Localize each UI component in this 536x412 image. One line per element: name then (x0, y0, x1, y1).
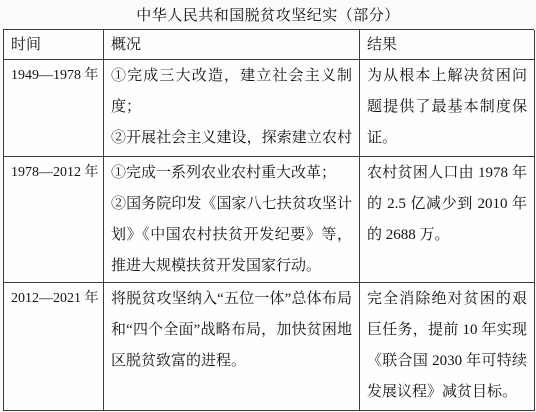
overview-item: ②国务院印发《国家八七扶贫攻坚计划》《中国农村扶贫开发纪要》等，推进大规模扶贫开… (111, 189, 352, 282)
document-page: 中华人民共和国脱贫攻坚纪实（部分） 时间 概况 结果 1949—1978 年 ①… (0, 0, 536, 412)
overview-item: ①完成一系列农业农村重大改革； (111, 158, 352, 189)
overview-item: ①完成三大改造，建立社会主义制度； (111, 61, 352, 123)
poverty-alleviation-table: 时间 概况 结果 1949—1978 年 ①完成三大改造，建立社会主义制度； ②… (3, 29, 534, 411)
time-cell: 1978—2012 年 (4, 157, 104, 283)
result-text: 农村贫困人口由 1978 年的 2.5 亿减少到 2010 年的 2688 万。 (367, 158, 527, 251)
overview-item: 将脱贫攻坚纳入“五位一体”总体布局和“四个全面”战略布局，加快贫困地区脱贫致富的… (111, 284, 352, 377)
overview-cell: ①完成一系列农业农村重大改革； ②国务院印发《国家八七扶贫攻坚计划》《中国农村扶… (104, 157, 360, 283)
header-cell-overview: 概况 (104, 30, 360, 60)
overview-cell: ①完成三大改造，建立社会主义制度； ②开展社会主义建设，探索建立农村初级社会保障… (104, 60, 360, 157)
result-cell: 完全消除绝对贫困的艰巨任务，提前 10 年实现《联合国 2030 年可特续发展议… (360, 283, 535, 411)
result-cell: 为从根本上解决贫困问题提供了最基本制度保证。 (360, 60, 535, 157)
header-cell-time: 时间 (4, 30, 104, 60)
page-title: 中华人民共和国脱贫攻坚纪实（部分） (0, 0, 536, 29)
overview-cell: 将脱贫攻坚纳入“五位一体”总体布局和“四个全面”战略布局，加快贫困地区脱贫致富的… (104, 283, 360, 411)
overview-item: ②开展社会主义建设，探索建立农村初级社会保障体系。 (111, 123, 352, 157)
header-cell-result: 结果 (360, 30, 535, 60)
time-cell: 1949—1978 年 (4, 60, 104, 157)
result-cell: 农村贫困人口由 1978 年的 2.5 亿减少到 2010 年的 2688 万。 (360, 157, 535, 283)
time-cell: 2012—2021 年 (4, 283, 104, 411)
result-text: 完全消除绝对贫困的艰巨任务，提前 10 年实现《联合国 2030 年可特续发展议… (367, 284, 527, 408)
result-text: 为从根本上解决贫困问题提供了最基本制度保证。 (367, 61, 527, 154)
